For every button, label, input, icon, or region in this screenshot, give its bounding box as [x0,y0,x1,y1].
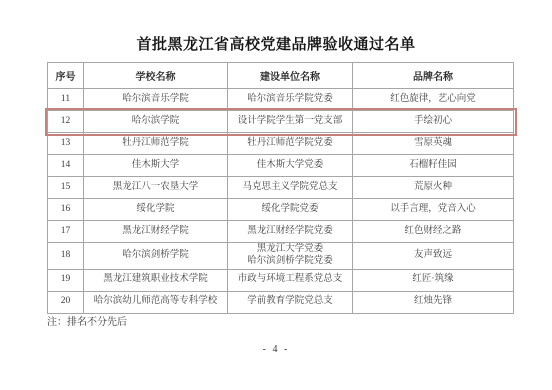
cell-school: 绥化学院 [84,199,228,221]
cell-unit: 设计学院学生第一党支部 [228,111,353,133]
cell-no: 11 [48,89,84,111]
cell-unit: 黑龙江大学党委 哈尔滨剑桥学院党委 [228,243,353,270]
cell-unit: 学前教育学院党总支 [228,291,353,313]
cell-brand: 以手言理，党音入心 [353,199,514,221]
cell-brand: 友声致远 [353,243,514,270]
cell-unit: 市政与环境工程系党总支 [228,269,353,291]
cell-brand: 雪原英魂 [353,133,514,155]
table-body: 11哈尔滨音乐学院哈尔滨音乐学院党委红色旋律，艺心向党12哈尔滨学院设计学院学生… [48,89,514,314]
cell-brand: 红匠·筑缘 [353,269,514,291]
cell-no: 16 [48,199,84,221]
cell-school: 黑龙江八一农垦大学 [84,177,228,199]
col-header-brand: 品牌名称 [353,63,514,89]
table-header-row: 序号 学校名称 建设单位名称 品牌名称 [48,63,514,89]
cell-school: 黑龙江财经学院 [84,221,228,243]
cell-brand: 红色旋律，艺心向党 [353,89,514,111]
cell-no: 19 [48,269,84,291]
cell-no: 14 [48,155,84,177]
table-row: 16绥化学院绥化学院党委以手言理，党音入心 [48,199,514,221]
cell-no: 18 [48,243,84,270]
approval-list-table: 序号 学校名称 建设单位名称 品牌名称 11哈尔滨音乐学院哈尔滨音乐学院党委红色… [47,62,514,314]
cell-school: 佳木斯大学 [84,155,228,177]
cell-brand: 石榴籽佳园 [353,155,514,177]
table-row: 18哈尔滨剑桥学院黑龙江大学党委 哈尔滨剑桥学院党委友声致远 [48,243,514,270]
cell-brand: 红色财经之路 [353,221,514,243]
table-row: 15黑龙江八一农垦大学马克思主义学院党总支荒原火种 [48,177,514,199]
col-header-school: 学校名称 [84,63,228,89]
cell-brand: 手绘初心 [353,111,514,133]
cell-unit: 绥化学院党委 [228,199,353,221]
page-number: - 4 - [0,344,552,355]
cell-no: 13 [48,133,84,155]
table-row: 20哈尔滨幼儿师范高等专科学校学前教育学院党总支红烛先锋 [48,291,514,313]
table-row: 14佳木斯大学佳木斯大学党委石榴籽佳园 [48,155,514,177]
cell-school: 哈尔滨剑桥学院 [84,243,228,270]
col-header-no: 序号 [48,63,84,89]
cell-school: 哈尔滨学院 [84,111,228,133]
cell-no: 20 [48,291,84,313]
table-row: 13牡丹江师范学院牡丹江师范学院党委雪原英魂 [48,133,514,155]
cell-school: 牡丹江师范学院 [84,133,228,155]
table-row: 17黑龙江财经学院黑龙江财经学院党委红色财经之路 [48,221,514,243]
cell-unit: 牡丹江师范学院党委 [228,133,353,155]
cell-unit: 马克思主义学院党总支 [228,177,353,199]
page-title: 首批黑龙江省高校党建品牌验收通过名单 [0,33,552,54]
footnote: 注：排名不分先后 [47,313,127,328]
cell-no: 17 [48,221,84,243]
table-row: 19黑龙江建筑职业技术学院市政与环境工程系党总支红匠·筑缘 [48,269,514,291]
cell-school: 哈尔滨音乐学院 [84,89,228,111]
cell-no: 12 [48,111,84,133]
table-row: 11哈尔滨音乐学院哈尔滨音乐学院党委红色旋律，艺心向党 [48,89,514,111]
cell-school: 黑龙江建筑职业技术学院 [84,269,228,291]
cell-brand: 荒原火种 [353,177,514,199]
document-page: 首批黑龙江省高校党建品牌验收通过名单 序号 学校名称 建设单位名称 品牌名称 1… [0,0,552,390]
cell-brand: 红烛先锋 [353,291,514,313]
cell-no: 15 [48,177,84,199]
cell-unit: 佳木斯大学党委 [228,155,353,177]
cell-school: 哈尔滨幼儿师范高等专科学校 [84,291,228,313]
col-header-unit: 建设单位名称 [228,63,353,89]
cell-unit: 哈尔滨音乐学院党委 [228,89,353,111]
cell-unit: 黑龙江财经学院党委 [228,221,353,243]
table-row: 12哈尔滨学院设计学院学生第一党支部手绘初心 [48,111,514,133]
